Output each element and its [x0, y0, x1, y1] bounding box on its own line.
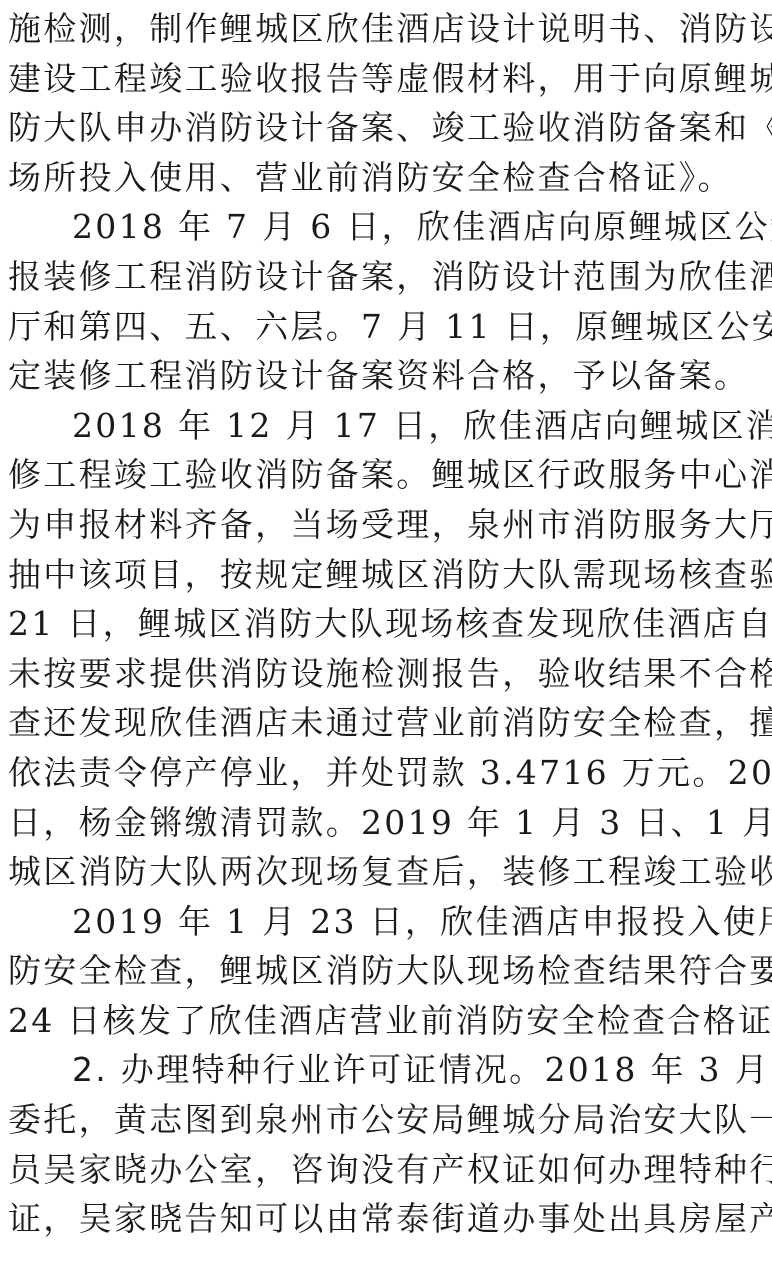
- text-line: 防安全检查，鲤城区消防大队现场检查结果符合要求，1 月: [8, 946, 768, 996]
- text-line: 厅和第四、五、六层。7 月 11 日，原鲤城区公安消防大队认: [8, 302, 768, 352]
- section-heading-continuation: 2018 年 3 月，受杨金锵: [544, 1050, 772, 1089]
- section-heading: 2. 办理特种行业许可证情况。: [72, 1050, 544, 1089]
- text-line: 防大队申办消防设计备案、竣工验收消防备案和《公众聚集: [8, 103, 768, 153]
- text-line: 场所投入使用、营业前消防安全检查合格证》。: [8, 153, 768, 203]
- paragraph-start-line: 2019 年 1 月 23 日，欣佳酒店申报投入使用、营业前消: [8, 897, 768, 947]
- text-line: 施检测，制作鲤城区欣佳酒店设计说明书、消防设计文件、: [8, 4, 768, 54]
- text-line: 修工程竣工验收消防备案。鲤城区行政服务中心消防窗口认: [8, 450, 768, 500]
- text-line: 21 日，鲤城区消防大队现场核查发现欣佳酒店自动消防设施: [8, 599, 768, 649]
- text-line: 未按要求提供消防设施检测报告，验收结果不合格。现场核: [8, 649, 768, 699]
- text-line: 日，杨金锵缴清罚款。2019 年 1 月 3 日、1 月 17 日，经鲤: [8, 798, 768, 848]
- text-line: 抽中该项目，按规定鲤城区消防大队需现场核查验收。12 月: [8, 550, 768, 600]
- text-line: 依法责令停产停业，并处罚款 3.4716 万元。2019 年 1 月 18: [8, 748, 768, 798]
- paragraph-start-line: 2018 年 12 月 17 日，欣佳酒店向鲤城区消防大队申报装: [8, 401, 768, 451]
- text-line: 24 日核发了欣佳酒店营业前消防安全检查合格证。: [8, 996, 768, 1046]
- section-heading-line: 2. 办理特种行业许可证情况。2018 年 3 月，受杨金锵: [8, 1045, 768, 1095]
- text-line: 建设工程竣工验收报告等虚假材料，用于向原鲤城区公安消: [8, 54, 768, 104]
- text-line: 为申报材料齐备，当场受理，泉州市消防服务大厅备案系统: [8, 500, 768, 550]
- document-page: 施检测，制作鲤城区欣佳酒店设计说明书、消防设计文件、 建设工程竣工验收报告等虚假…: [8, 4, 768, 1244]
- text-line: 报装修工程消防设计备案，消防设计范围为欣佳酒店一层大: [8, 252, 768, 302]
- text-line: 证，吴家晓告知可以由常泰街道办事处出具房屋产权证明。: [8, 1194, 768, 1244]
- text-line: 城区消防大队两次现场复查后，装修工程竣工验收合格。: [8, 847, 768, 897]
- text-line: 查还发现欣佳酒店未通过营业前消防安全检查，擅自营业，: [8, 698, 768, 748]
- text-line: 员吴家晓办公室，咨询没有产权证如何办理特种行业许可: [8, 1145, 768, 1195]
- paragraph-start-line: 2018 年 7 月 6 日，欣佳酒店向原鲤城区公安消防大队申: [8, 202, 768, 252]
- text-line: 定装修工程消防设计备案资料合格，予以备案。: [8, 351, 768, 401]
- text-line: 委托，黄志图到泉州市公安局鲤城分局治安大队一中队指导: [8, 1095, 768, 1145]
